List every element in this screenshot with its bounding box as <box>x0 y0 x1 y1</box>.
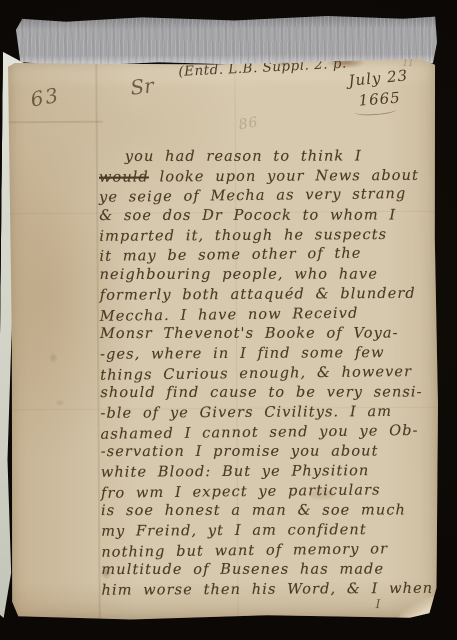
manuscript-line: him worse then his Word, & I when <box>101 580 439 602</box>
scan-background: 63 Sr (Entd. L.B. Suppl. 2. p. July 23 1… <box>0 0 457 640</box>
manuscript-line: you had reason to think I <box>125 147 437 167</box>
pencil-page-number: 86 <box>238 114 260 133</box>
manuscript-line: is soe honest a man & soe much <box>101 502 439 522</box>
manuscript-line: it may be some other of the <box>99 244 437 268</box>
manuscript-line: & soe dos Dr Pocock to whom I <box>99 206 437 226</box>
manuscript-page: 63 Sr (Entd. L.B. Suppl. 2. p. July 23 1… <box>6 59 439 622</box>
manuscript-line: -ges, where in I find some few <box>100 344 438 366</box>
manuscript-line: -servation I promise you about <box>101 443 439 463</box>
manuscript-line: -ble of ye Givers Civilitys. I am <box>100 403 438 425</box>
faint-numeral: 11 <box>402 59 414 69</box>
folio-number: 63 <box>29 83 62 112</box>
manuscript-line: ye seige of Mecha as very strang <box>99 185 437 209</box>
date-day: July 23 <box>348 66 409 89</box>
manuscript-line: Monsr Thevenot's Booke of Voya- <box>100 325 438 345</box>
salutation: Sr <box>129 73 155 99</box>
catchword: I <box>376 597 381 611</box>
manuscript-line: my Freind, yt I am confident <box>101 521 439 543</box>
tissue-guard-paper <box>16 15 437 67</box>
letter-body: you had reason to think Iwould looke upo… <box>99 147 440 602</box>
manuscript-line: things Curious enough, & however <box>100 362 438 386</box>
manuscript-line: should find cause to be very sensi- <box>100 384 438 404</box>
manuscript-line: multitude of Busenes has made <box>101 561 439 581</box>
manuscript-line: Meccha. I have now Receivd <box>100 303 438 327</box>
manuscript-line: neighbouring people, who have <box>100 266 438 286</box>
struck-word: would <box>99 169 149 185</box>
fold-crease-horizontal <box>7 121 103 124</box>
manuscript-line: formerly both attaquéd & blunderd <box>100 285 438 307</box>
manuscript-line: white Blood: But ye Physition <box>101 462 439 484</box>
